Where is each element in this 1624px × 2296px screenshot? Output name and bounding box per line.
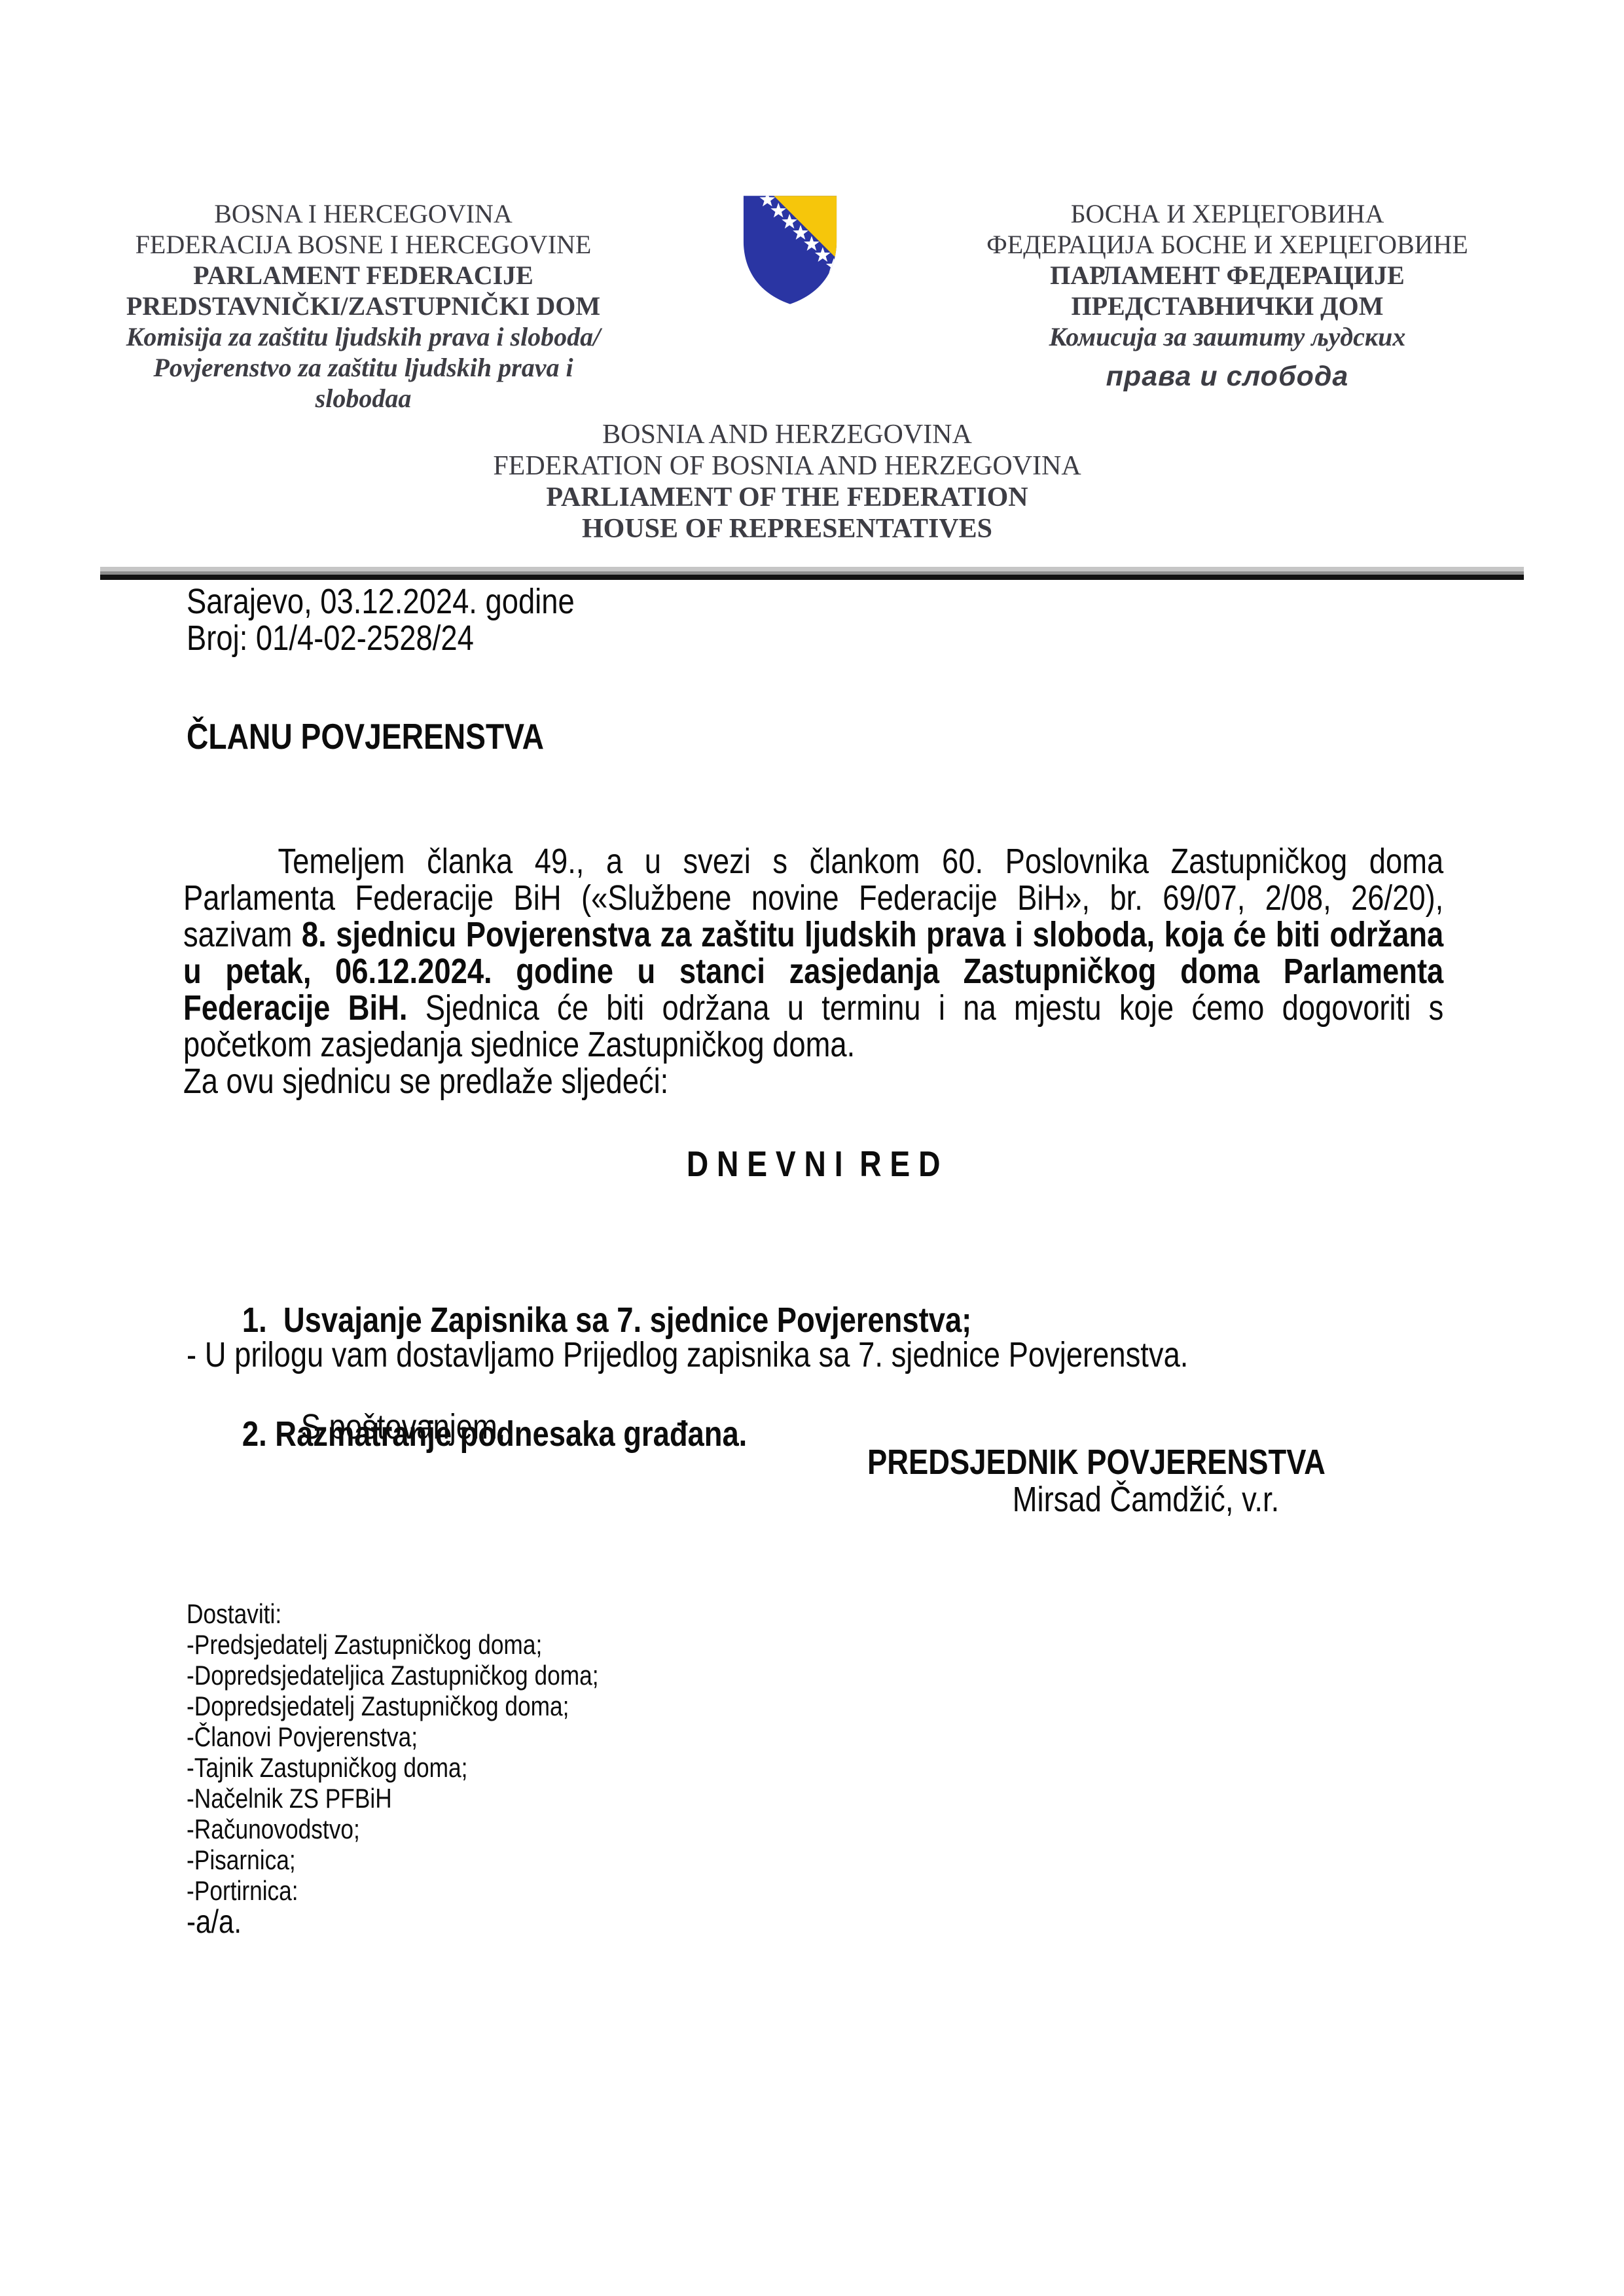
header-divider-rule	[100, 567, 1524, 580]
header-line: PARLIAMENT OF THE FEDERATION	[488, 482, 1087, 513]
distribution-item: -Portirnica:	[187, 1875, 1447, 1906]
header-english: BOSNIA AND HERZEGOVINA FEDERATION OF BOS…	[488, 419, 1087, 545]
distribution-item: -Dopredsjedatelj Zastupničkog doma;	[187, 1691, 1447, 1721]
salutation-line: S poštovanjem,	[183, 1408, 1561, 1445]
header-line: PREDSTAVNIČKI/ZASTUPNIČKI DOM	[92, 291, 635, 321]
header-left-bosnian: BOSNA I HERCEGOVINA FEDERACIJA BOSNE I H…	[92, 198, 635, 414]
distribution-item: -Računovodstvo;	[187, 1814, 1447, 1844]
header-line: Komisija za zaštitu ljudskih prava i slo…	[92, 321, 635, 352]
header-line: slobodaa	[92, 383, 635, 414]
distribution-item: -Pisarnica;	[187, 1844, 1447, 1875]
body-paragraph: Temeljem članka 49., a u svezi s člankom…	[183, 843, 1443, 1063]
header-line: ПАРЛАМЕНТ ФЕДЕРАЦИЈЕ	[969, 260, 1486, 291]
proposal-line: Za ovu sjednicu se predlaže sljedeći:	[183, 1063, 1443, 1100]
distribution-list: Dostaviti: -Predsjedatelj Zastupničkog d…	[183, 1598, 1447, 1906]
header-line: BOSNA I HERCEGOVINA	[92, 198, 635, 229]
distribution-item: -Tajnik Zastupničkog doma;	[187, 1752, 1447, 1783]
distribution-item: -Dopredsjedateljica Zastupničkog doma;	[187, 1660, 1447, 1691]
header-right-cyrillic: БОСНА И ХЕРЦЕГОВИНА ФЕДЕРАЦИЈА БОСНЕ И Х…	[969, 198, 1486, 392]
header-line: HOUSE OF REPRESENTATIVES	[488, 513, 1087, 545]
distribution-item: -Članovi Povjerenstva;	[187, 1721, 1447, 1752]
coat-of-arms-bih-icon	[732, 191, 848, 308]
signer-title: PREDSJEDNIK POVJERENSTVA	[867, 1444, 1443, 1481]
document-number: Broj: 01/4-02-2528/24	[187, 620, 1447, 656]
body-text: Temeljem članka 49., a u svezi s člankom…	[183, 843, 1443, 1100]
agenda-item: 1. Usvajanje Zapisnika sa 7. sjednice Po…	[242, 1301, 1502, 1339]
attachment-note: - U prilogu vam dostavljamo Prijedlog za…	[183, 1336, 1447, 1373]
distribution-item: -Načelnik ZS PFBiH	[187, 1783, 1447, 1814]
distribution-label: Dostaviti:	[187, 1598, 1447, 1629]
letter-page: BOSNA I HERCEGOVINA FEDERACIJA BOSNE I H…	[0, 0, 1624, 2296]
header-line: FEDERATION OF BOSNIA AND HERZEGOVINA	[488, 450, 1087, 482]
header-line: права и слобода	[969, 361, 1486, 392]
agenda-title: D N E V N I R E D	[183, 1145, 1443, 1182]
signer-name: Mirsad Čamdžić, v.r.	[1013, 1481, 1444, 1518]
header-line: БОСНА И ХЕРЦЕГОВИНА	[969, 198, 1486, 229]
header-line: Комисија за заштиту људских	[969, 321, 1486, 352]
signature-block: PREDSJEDNIK POVJERENSTVA Mirsad Čamdžić,…	[183, 1444, 1443, 1518]
distribution-archive-item: -a/a.	[183, 1903, 1447, 1940]
header-line: PARLAMENT FEDERACIJE	[92, 260, 635, 291]
distribution-item: -Predsjedatelj Zastupničkog doma;	[187, 1629, 1447, 1660]
header-line: Povjerenstvo za zaštitu ljudskih prava i	[92, 352, 635, 383]
header-line: FEDERACIJA BOSNE I HERCEGOVINE	[92, 229, 635, 260]
recipient-line: ČLANU POVJERENSTVA	[183, 718, 1447, 755]
header-line: BOSNIA AND HERZEGOVINA	[488, 419, 1087, 450]
dateline-block: Sarajevo, 03.12.2024. godine Broj: 01/4-…	[183, 583, 1447, 656]
place-date: Sarajevo, 03.12.2024. godine	[187, 583, 1447, 620]
header-line: ФЕДЕРАЦИЈА БОСНЕ И ХЕРЦЕГОВИНЕ	[969, 229, 1486, 260]
header-line: ПРЕДСТАВНИЧКИ ДОМ	[969, 291, 1486, 321]
